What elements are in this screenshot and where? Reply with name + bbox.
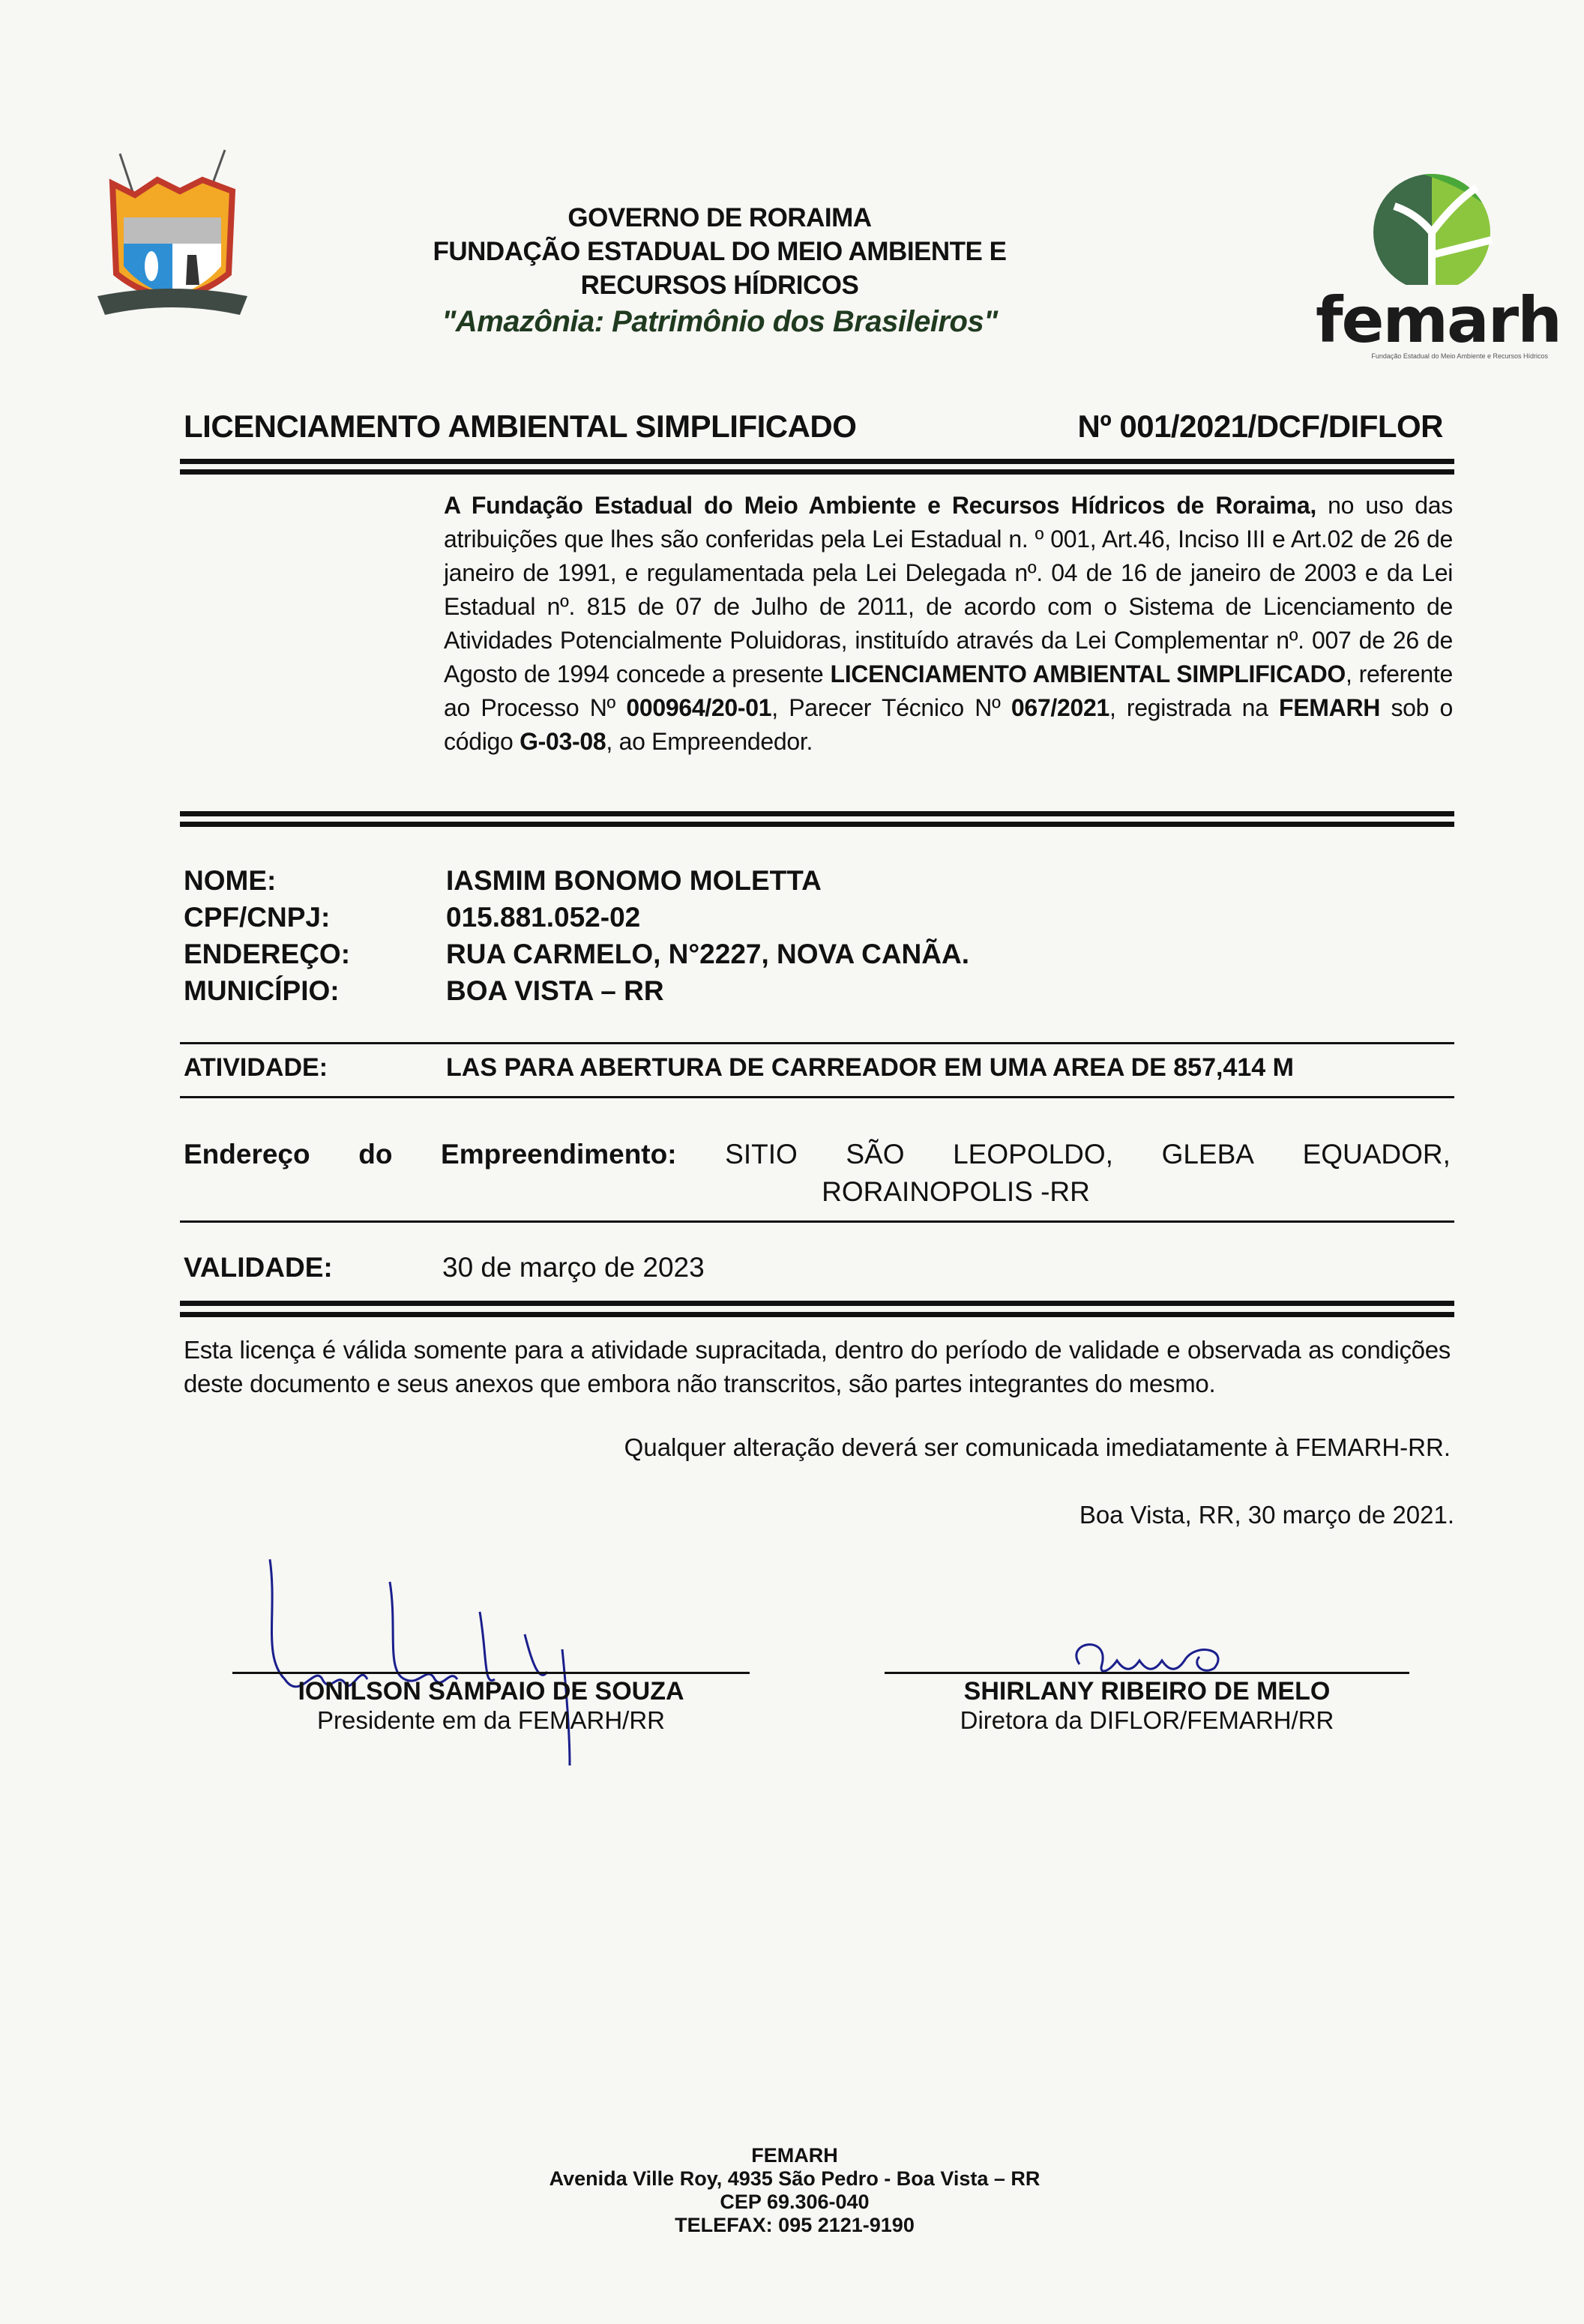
divider [180, 1042, 1454, 1044]
signatory-name: SHIRLANY RIBEIRO DE MELO [885, 1677, 1409, 1706]
activity-label: ATIVIDADE: [184, 1053, 446, 1083]
divider [180, 469, 1454, 475]
field-address: ENDEREÇO:RUA CARMELO, N°2227, NOVA CANÃA… [184, 936, 969, 972]
intro-foundation-name: A Fundação Estadual do Meio Ambiente e R… [444, 492, 1316, 519]
field-name: NOME:IASMIM BONOMO MOLETTA [184, 862, 969, 899]
enterprise-value: LEOPOLDO, [953, 1136, 1113, 1173]
femarh-tagline: Fundação Estadual do Meio Ambiente e Rec… [1323, 352, 1548, 360]
femarh-leaf-icon [1304, 172, 1552, 285]
field-label: NOME: [184, 862, 446, 899]
intro-license-type: LICENCIAMENTO AMBIENTAL SIMPLIFICADO [830, 660, 1346, 687]
field-label: CPF/CNPJ: [184, 899, 446, 936]
header-foundation-2: RECURSOS HÍDRICOS [375, 268, 1064, 302]
footer-cep: CEP 69.306-040 [420, 2191, 1169, 2214]
field-value: RUA CARMELO, N°2227, NOVA CANÃA. [446, 936, 969, 972]
intro-femarh: FEMARH [1279, 694, 1380, 721]
document-title: LICENCIAMENTO AMBIENTAL SIMPLIFICADO [184, 409, 856, 445]
intro-text: , ao Empreendedor. [606, 728, 813, 755]
header-motto: "Amazônia: Patrimônio dos Brasileiros" [375, 305, 1064, 339]
enterprise-address: Endereço do Empreendimento: SITIO SÃO LE… [184, 1136, 1451, 1211]
divider [180, 1220, 1454, 1223]
validity-date: 30 de março de 2023 [442, 1252, 705, 1283]
field-cpf: CPF/CNPJ:015.881.052-02 [184, 899, 969, 936]
enterprise-city: RORAINOPOLIS -RR [184, 1173, 1451, 1211]
signatory-role: Presidente em da FEMARH/RR [232, 1706, 750, 1735]
change-notice: Qualquer alteração deverá ser comunicada… [184, 1433, 1451, 1462]
divider [180, 811, 1454, 816]
divider [180, 822, 1454, 827]
signature-line [885, 1672, 1409, 1674]
entrepreneur-fields: NOME:IASMIM BONOMO MOLETTA CPF/CNPJ:015.… [184, 862, 969, 1009]
technical-opinion-number: 067/2021 [1011, 694, 1109, 721]
enterprise-label: do [358, 1136, 392, 1173]
intro-legal-basis: no uso das atribuições que lhes são conf… [444, 492, 1453, 687]
field-value: IASMIM BONOMO MOLETTA [446, 862, 822, 899]
document-number: Nº 001/2021/DCF/DIFLOR [1078, 409, 1443, 445]
footer-org: FEMARH [420, 2144, 1169, 2167]
enterprise-value: GLEBA [1162, 1136, 1254, 1173]
signatory-role: Diretora da DIFLOR/FEMARH/RR [885, 1706, 1409, 1735]
divider [180, 1096, 1454, 1098]
footer-address: Avenida Ville Roy, 4935 São Pedro - Boa … [420, 2167, 1169, 2191]
enterprise-label: Endereço [184, 1136, 310, 1173]
divider [180, 459, 1454, 464]
validity-terms: Esta licença é válida somente para a ati… [184, 1333, 1451, 1400]
signature-scribble-icon [255, 1552, 765, 1777]
validity-row: VALIDADE: 30 de março de 2023 [184, 1252, 705, 1283]
field-label: ENDEREÇO: [184, 936, 446, 972]
signature-line [232, 1672, 750, 1674]
enterprise-value: EQUADOR, [1303, 1136, 1451, 1173]
femarh-wordmark: femarh [1316, 283, 1561, 357]
license-intro-paragraph: A Fundação Estadual do Meio Ambiente e R… [444, 489, 1453, 759]
divider [180, 1301, 1454, 1306]
validity-label: VALIDADE: [184, 1252, 442, 1283]
field-value: BOA VISTA – RR [446, 972, 664, 1009]
signatory-name: IONILSON SAMPAIO DE SOUZA [232, 1677, 750, 1706]
footer-phone: TELEFAX: 095 2121-9190 [420, 2214, 1169, 2237]
place-date: Boa Vista, RR, 30 março de 2021. [184, 1501, 1454, 1529]
intro-text: , Parecer Técnico Nº [771, 694, 1011, 721]
process-number: 000964/20-01 [626, 694, 771, 721]
roraima-coat-of-arms-icon [90, 146, 255, 334]
enterprise-label: Empreendimento: [441, 1136, 677, 1173]
divider [180, 1312, 1454, 1317]
header-foundation: FUNDAÇÃO ESTADUAL DO MEIO AMBIENTE E [375, 235, 1064, 268]
enterprise-value: SITIO [725, 1136, 798, 1173]
intro-text: , registrada na [1109, 694, 1279, 721]
signature-director: SHIRLANY RIBEIRO DE MELO Diretora da DIF… [885, 1672, 1409, 1735]
registration-code: G-03-08 [520, 728, 606, 755]
activity-value: LAS PARA ABERTURA DE CARREADOR EM UMA AR… [446, 1053, 1294, 1083]
header-government: GOVERNO DE RORAIMA [375, 201, 1064, 235]
field-label: MUNICÍPIO: [184, 972, 446, 1009]
field-municipality: MUNICÍPIO:BOA VISTA – RR [184, 972, 969, 1009]
activity-row: ATIVIDADE: LAS PARA ABERTURA DE CARREADO… [184, 1053, 1451, 1083]
field-value: 015.881.052-02 [446, 899, 640, 936]
femarh-logo: femarh Fundação Estadual do Meio Ambient… [1304, 172, 1552, 360]
footer-contact: FEMARH Avenida Ville Roy, 4935 São Pedro… [420, 2144, 1169, 2237]
signature-president: IONILSON SAMPAIO DE SOUZA Presidente em … [232, 1672, 750, 1735]
document-title-row: LICENCIAMENTO AMBIENTAL SIMPLIFICADO Nº … [184, 409, 1443, 445]
enterprise-value: SÃO [846, 1136, 904, 1173]
header-block: GOVERNO DE RORAIMA FUNDAÇÃO ESTADUAL DO … [375, 201, 1064, 339]
